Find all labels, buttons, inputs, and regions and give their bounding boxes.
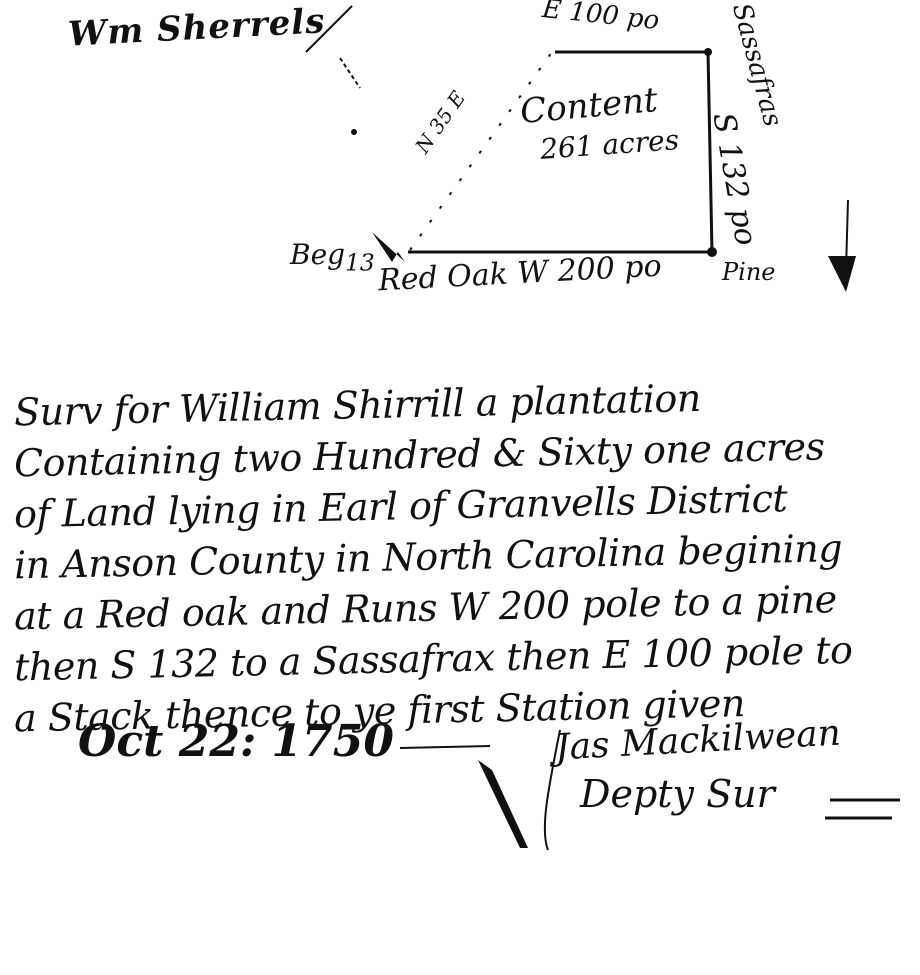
plat-beginning-label: Beg13 [290, 238, 375, 277]
survey-text: Surv for William Shirrill a plantation C… [14, 378, 914, 735]
surveyor-title: Depty Sur [580, 772, 775, 816]
survey-date: Oct 22: 1750 [78, 716, 394, 767]
plat-beginning-number: 13 [345, 249, 375, 277]
plat-corner-label: Pine [722, 258, 775, 286]
